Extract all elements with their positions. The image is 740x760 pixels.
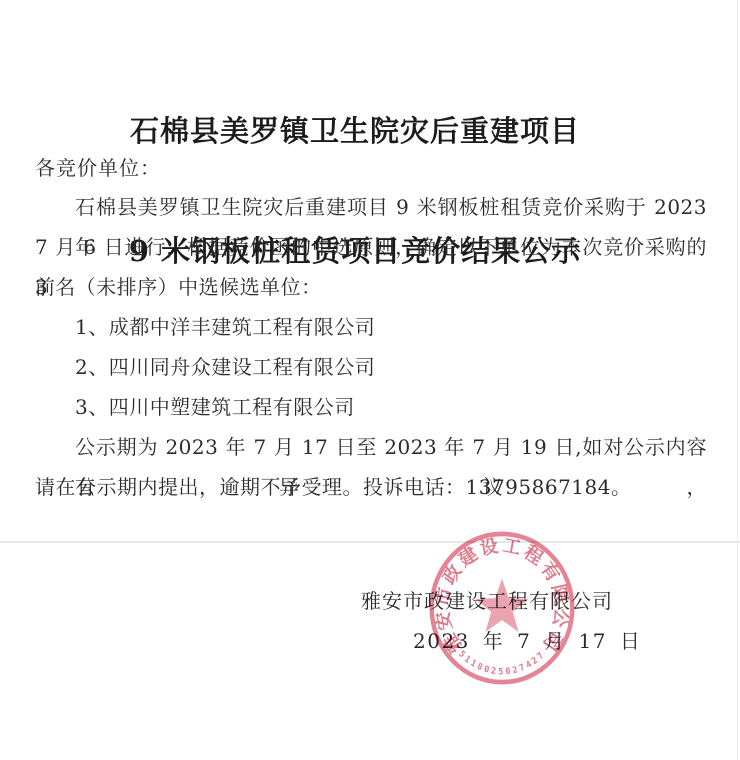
paragraph2-line-1: 公示期为 2023 年 7 月 17 日至 2023 年 7 月 19 日,如对…: [35, 427, 707, 467]
candidate-item-1: 1、成都中洋丰建筑工程有限公司: [35, 307, 707, 347]
star-icon: [475, 578, 528, 632]
company-seal: 雅安市政建设工程有限公司 5118025027427: [428, 530, 576, 686]
page-break-line: [0, 541, 740, 543]
document-page: 石棉县美罗镇卫生院灾后重建项目 9 米钢板桩租赁项目竞价结果公示 各竞价单位： …: [0, 0, 740, 760]
paragraph1-line-1: 石棉县美罗镇卫生院灾后重建项目 9 米钢板桩租赁竞价采购于 2023 年: [35, 187, 707, 227]
paragraph1-line-3: 3 名（未排序）中选候选单位：: [35, 267, 707, 307]
title-line-1: 石棉县美罗镇卫生院灾后重建项目: [0, 111, 710, 151]
candidate-item-3: 3、四川中塑建筑工程有限公司: [35, 387, 707, 427]
paragraph1-line-2: 7 月 6 日进行，根据竞价函的中选原则，确定以下单位为本次竞价采购的前: [35, 227, 707, 267]
notice-body: 石棉县美罗镇卫生院灾后重建项目 9 米钢板桩租赁竞价采购于 2023 年 7 月…: [35, 187, 707, 507]
page-edge-shadow: [737, 0, 738, 760]
paragraph2-line-2: 请在公示期内提出，逾期不予受理。投诉电话：13795867184。: [35, 467, 707, 507]
salutation: 各竞价单位：: [35, 155, 161, 181]
candidate-item-2: 2、四川同舟众建设工程有限公司: [35, 347, 707, 387]
